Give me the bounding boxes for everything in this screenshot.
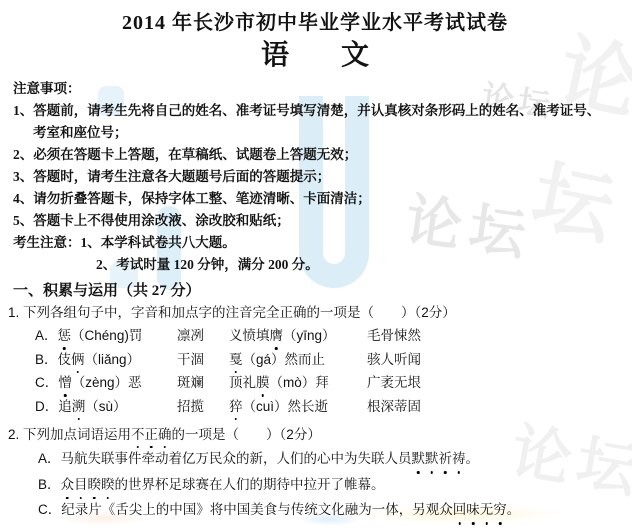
- option-word-group: 骇人听闻: [367, 348, 421, 372]
- question-2-option-b: B．众目睽睽的世界杯足球赛在人们的期待中拉开了帷幕。: [8, 472, 622, 498]
- option-word-group: 斑斓: [177, 371, 229, 395]
- option-word-group: 干涸: [177, 348, 229, 372]
- option-word-group: C．憎（zèng）恶: [35, 371, 177, 395]
- notice-heading: 注意事项：: [13, 78, 622, 100]
- notice-item-2: 2、必须在答题卡上答题，在草稿纸、试题卷上答题无效；: [13, 144, 622, 166]
- option-word-group: 广袤无垠: [367, 371, 421, 395]
- page-title: 2014 年长沙市初中毕业学业水平考试试卷: [8, 10, 622, 36]
- option-word-group: 顶礼膜（mò）拜: [229, 371, 367, 395]
- question-1: 1. 下列各组句子中，字音和加点字的注音完全正确的一项是（ ）（2分） A．惩（…: [8, 302, 622, 418]
- option-word-group: 根深蒂固: [367, 395, 421, 419]
- subject-title: 语 文: [8, 38, 622, 74]
- question-1-option-d: D．追溯（sù） 招揽 猝（cuì）然长逝 根深蒂固: [8, 395, 622, 419]
- section-1-heading: 一、积累与运用（共 27 分）: [13, 280, 622, 302]
- option-word-group: B．伎俩（liǎng）: [35, 348, 177, 372]
- question-1-option-b: B．伎俩（liǎng） 干涸 戛（gá）然而止 骇人听闻: [8, 348, 622, 372]
- option-word-group: 毛骨悚然: [367, 324, 421, 348]
- notice-item-3: 3、答题时，请考生注意各大题题号后面的答题提示；: [13, 166, 622, 188]
- notice-item-1-cont: 考室和座位号；: [13, 122, 622, 144]
- option-word-group: 义愤填膺（yīng）: [229, 324, 367, 348]
- option-word-group: 凛冽: [177, 324, 229, 348]
- notice-item-4: 4、请勿折叠答题卡，保持字体工整、笔迹清晰、卡面清洁；: [13, 188, 622, 210]
- option-word-group: 招揽: [177, 395, 229, 419]
- question-2-option-a: A．马航失联事件牵动着亿万民众的新，人们的心中为失联人员默默祈祷。: [8, 446, 622, 472]
- question-1-option-a: A．惩（Chéng)罚 凛冽 义愤填膺（yīng） 毛骨悚然: [8, 324, 622, 348]
- exam-paper-page: 论坛 论坛 论坛 论坛 2014 年长沙市初中毕业学业水平考试试卷 语 文 注意…: [0, 0, 632, 528]
- notice-item-5: 5、答题卡上不得使用涂改液、涂改胶和贴纸；: [13, 210, 622, 232]
- option-word-group: 猝（cuì）然长逝: [229, 395, 367, 419]
- notice-section: 注意事项： 1、答题前，请考生先将自己的姓名、准考证号填写清楚，并认真核对条形码…: [8, 78, 622, 302]
- question-2-option-c: C．纪录片《舌尖上的中国》将中国美食与传统文化融为一体，另观众回味无穷。: [8, 497, 622, 523]
- question-2-prompt: 2. 下列加点词语运用不正确的一项是（ ）（2分）: [8, 424, 622, 446]
- document-content: 2014 年长沙市初中毕业学业水平考试试卷 语 文 注意事项： 1、答题前，请考…: [0, 0, 632, 523]
- notice-item-1: 1、答题前，请考生先将自己的姓名、准考证号填写清楚，并认真核对条形码上的姓名、准…: [13, 100, 622, 122]
- option-word-group: A．惩（Chéng)罚: [35, 324, 177, 348]
- option-word-group: D．追溯（sù）: [35, 395, 177, 419]
- candidate-note-1: 考生注意：1、本学科试卷共八大题。: [13, 232, 622, 254]
- question-2: 2. 下列加点词语运用不正确的一项是（ ）（2分） A．马航失联事件牵动着亿万民…: [8, 424, 622, 523]
- option-word-group: 戛（gá）然而止: [229, 348, 367, 372]
- question-1-option-c: C．憎（zèng）恶 斑斓 顶礼膜（mò）拜 广袤无垠: [8, 371, 622, 395]
- question-1-prompt: 1. 下列各组句子中，字音和加点字的注音完全正确的一项是（ ）（2分）: [8, 302, 622, 324]
- candidate-note-2: 2、考试时量 120 分钟，满分 200 分。: [13, 254, 622, 276]
